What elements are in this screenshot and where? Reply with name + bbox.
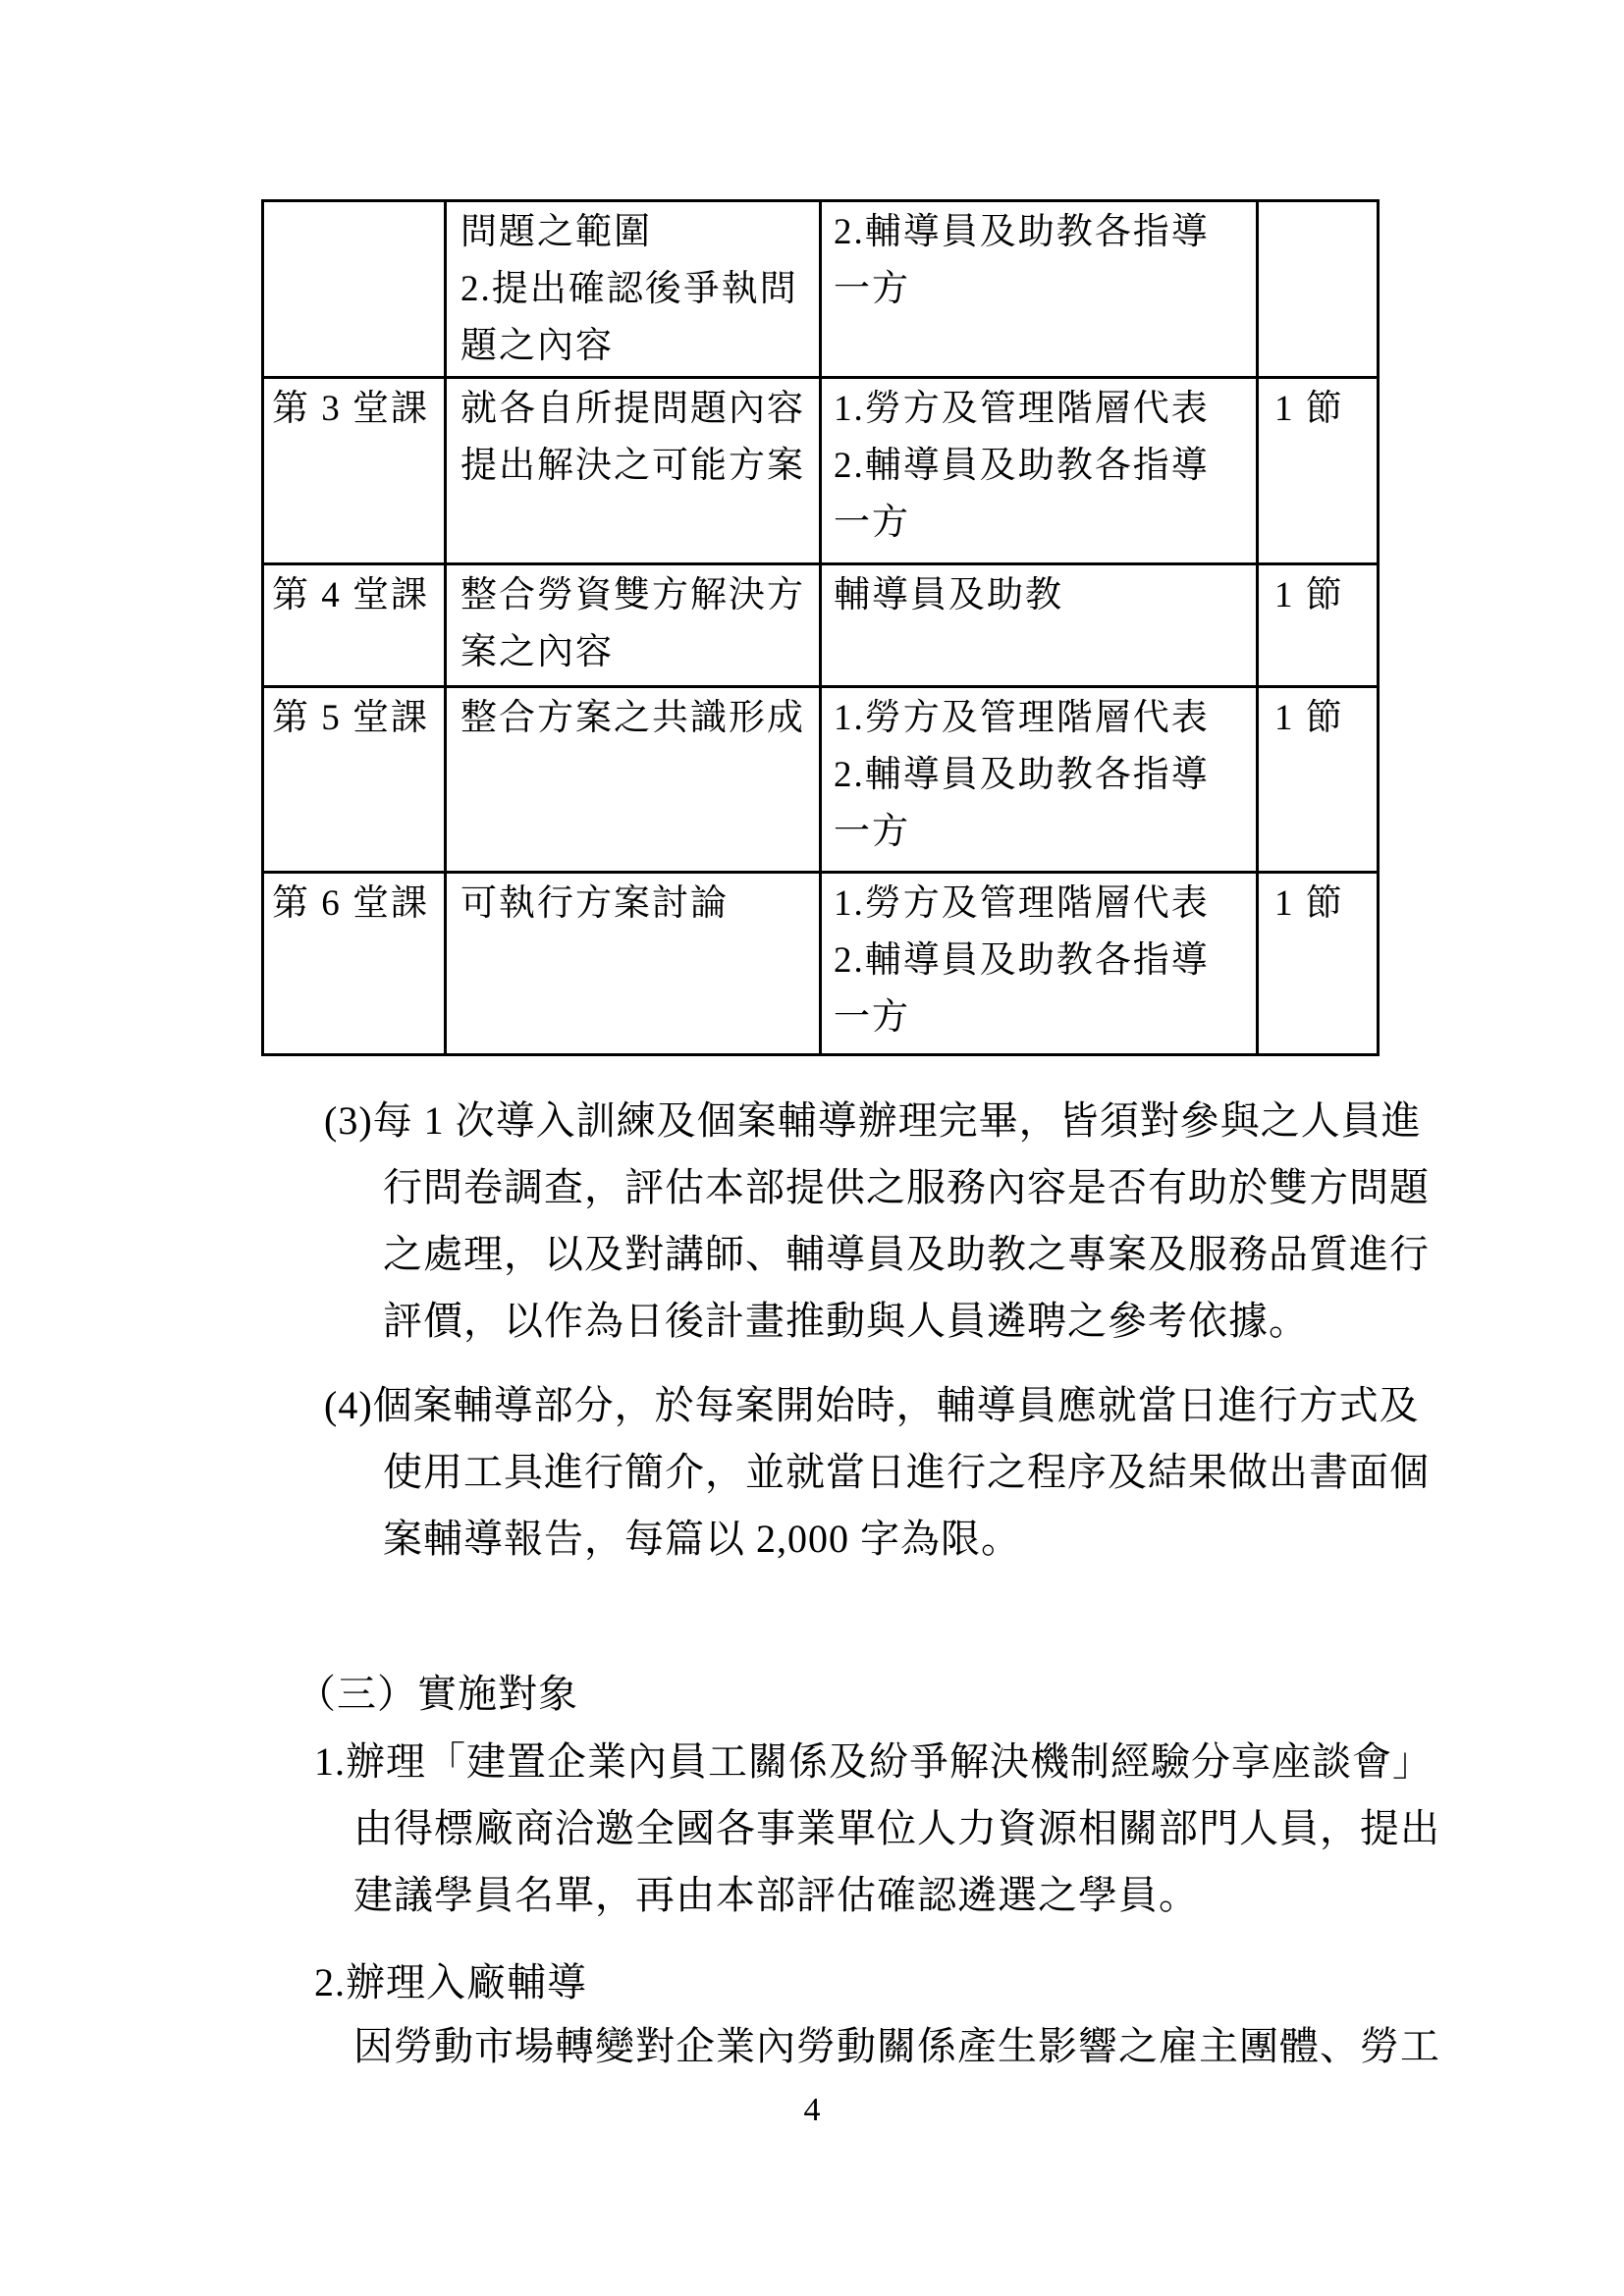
paragraph-item-4: (4)個案輔導部分，於每案開始時，輔導員應就當日進行方式及 使用工具進行簡介，並… (324, 1372, 1430, 1573)
cell-participants: 輔導員及助教 (822, 565, 1256, 685)
cell-participants: 1.勞方及管理階層代表 2.輔導員及助教各指導 一方 (822, 874, 1256, 1053)
cell-duration: 1 節 (1259, 379, 1377, 562)
text-line: 1.辦理「建置企業內員工關係及紛爭解決機制經驗分享座談會」 (314, 1729, 1440, 1795)
cell-content: 整合勞資雙方解決方 案之內容 (447, 565, 819, 685)
cell-duration: 1 節 (1259, 688, 1377, 871)
document-page: 問題之範圍 2.提出確認後爭執問 題之內容 2.輔導員及助教各指導 一方 第 3… (0, 0, 1624, 2296)
cell-line: 案之內容 (460, 624, 813, 681)
paragraph-item-3: (3)每 1 次導入訓練及個案輔導辦理完畢，皆須對參與之人員進 行問卷調查，評估… (324, 1088, 1430, 1355)
course-table: 問題之範圍 2.提出確認後爭執問 題之內容 2.輔導員及助教各指導 一方 第 3… (261, 199, 1380, 1056)
cell-line: 整合方案之共識形成 (460, 690, 813, 747)
cell-line: 題之內容 (460, 318, 813, 375)
cell-line: 提出解決之可能方案 (460, 438, 813, 495)
text-line: 使用工具進行簡介，並就當日進行之程序及結果做出書面個 (383, 1439, 1430, 1506)
text-line: 案輔導報告，每篇以 2,000 字為限。 (383, 1506, 1430, 1573)
cell-line: 1.勞方及管理階層代表 (834, 876, 1250, 933)
cell-session: 第 5 堂課 (264, 688, 444, 871)
cell-line: 2.提出確認後爭執問 (460, 261, 813, 318)
cell-duration (1259, 202, 1377, 376)
cell-line: 可執行方案討論 (460, 876, 813, 933)
cell-line: 一方 (834, 261, 1250, 318)
cell-line: 一方 (834, 495, 1250, 552)
cell-line: 2.輔導員及助教各指導 (834, 204, 1250, 261)
list-item-1: 1.辦理「建置企業內員工關係及紛爭解決機制經驗分享座談會」 由得標廠商洽邀全國各… (314, 1729, 1440, 1929)
cell-line: 2.輔導員及助教各指導 (834, 747, 1250, 804)
cell-content: 整合方案之共識形成 (447, 688, 819, 871)
cell-content: 就各自所提問題內容 提出解決之可能方案 (447, 379, 819, 562)
cell-session: 第 6 堂課 (264, 874, 444, 1053)
cell-participants: 2.輔導員及助教各指導 一方 (822, 202, 1256, 376)
cell-session: 第 4 堂課 (264, 565, 444, 685)
cell-line: 一方 (834, 989, 1250, 1046)
text-line: (3)每 1 次導入訓練及個案輔導辦理完畢，皆須對參與之人員進 (324, 1088, 1430, 1154)
cell-content: 問題之範圍 2.提出確認後爭執問 題之內容 (447, 202, 819, 376)
cell-duration: 1 節 (1259, 565, 1377, 685)
text-line: 因勞動市場轉變對企業內勞動關係產生影響之雇主團體、勞工 (353, 2013, 1440, 2080)
text-line: 行問卷調查，評估本部提供之服務內容是否有助於雙方問題 (383, 1154, 1430, 1221)
cell-participants: 1.勞方及管理階層代表 2.輔導員及助教各指導 一方 (822, 379, 1256, 562)
cell-content: 可執行方案討論 (447, 874, 819, 1053)
cell-duration: 1 節 (1259, 874, 1377, 1053)
text-line: 建議學員名單，再由本部評估確認遴選之學員。 (353, 1862, 1440, 1929)
cell-line: 一方 (834, 804, 1250, 861)
text-line: 2.辦理入廠輔導 (314, 1949, 587, 2016)
cell-session (264, 202, 444, 376)
text-line: (4)個案輔導部分，於每案開始時，輔導員應就當日進行方式及 (324, 1372, 1430, 1439)
text-line: 由得標廠商洽邀全國各事業單位人力資源相關部門人員，提出 (353, 1795, 1440, 1862)
cell-line: 2.輔導員及助教各指導 (834, 438, 1250, 495)
cell-line: 問題之範圍 (460, 204, 813, 261)
list-item-2-heading: 2.辦理入廠輔導 (314, 1949, 587, 2016)
section-heading: （三）實施對象 (297, 1661, 578, 1728)
list-item-2-body: 因勞動市場轉變對企業內勞動關係產生影響之雇主團體、勞工 (353, 2013, 1440, 2080)
cell-line: 1.勞方及管理階層代表 (834, 690, 1250, 747)
cell-line: 1.勞方及管理階層代表 (834, 381, 1250, 438)
cell-participants: 1.勞方及管理階層代表 2.輔導員及助教各指導 一方 (822, 688, 1256, 871)
cell-line: 2.輔導員及助教各指導 (834, 933, 1250, 989)
cell-line: 輔導員及助教 (834, 567, 1250, 624)
cell-line: 就各自所提問題內容 (460, 381, 813, 438)
text-line: 之處理，以及對講師、輔導員及助教之專案及服務品質進行 (383, 1221, 1430, 1288)
text-line: 評價，以作為日後計畫推動與人員遴聘之參考依據。 (383, 1288, 1430, 1355)
cell-line: 整合勞資雙方解決方 (460, 567, 813, 624)
page-number: 4 (0, 2087, 1624, 2134)
cell-session: 第 3 堂課 (264, 379, 444, 562)
